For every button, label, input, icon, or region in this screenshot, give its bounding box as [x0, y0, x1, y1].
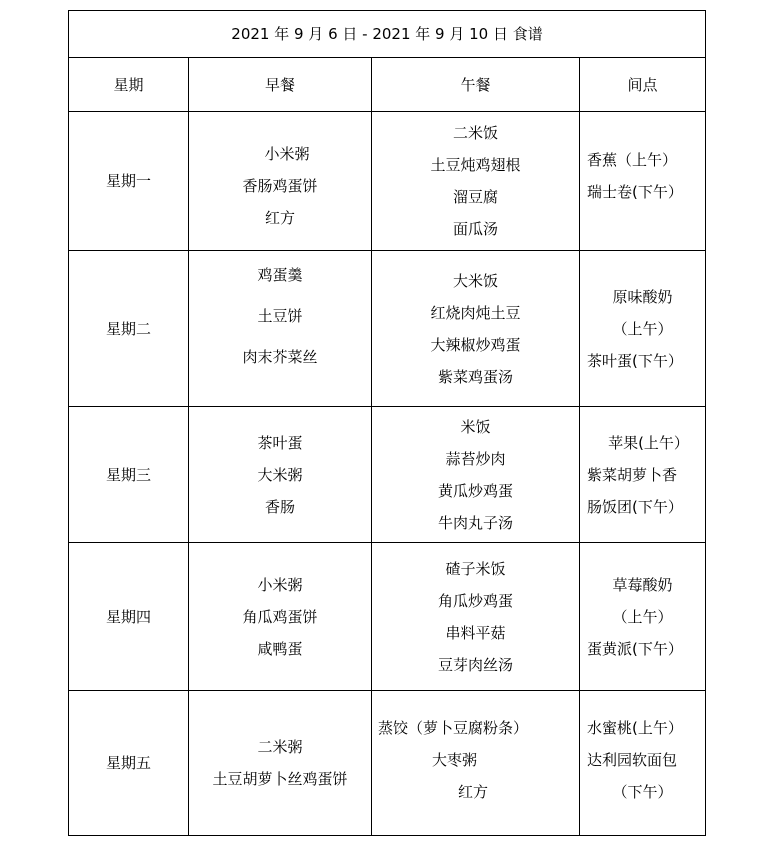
- menu-item: 茶叶蛋: [189, 427, 371, 459]
- menu-item: 牛肉丸子汤: [372, 507, 579, 539]
- header-day: 星期: [69, 58, 189, 112]
- title-row: 2021 年 9 月 6 日 - 2021 年 9 月 10 日 食谱: [69, 11, 706, 58]
- table-row-monday: 星期一 小米粥 香肠鸡蛋饼 红方 二米饭 土豆炖鸡翅根 溜豆腐 面瓜汤 香蕉（上…: [69, 112, 706, 251]
- menu-item: 大枣粥: [372, 744, 579, 776]
- menu-item: 蒜苔炒肉: [372, 443, 579, 475]
- table-row-thursday: 星期四 小米粥 角瓜鸡蛋饼 咸鸭蛋 碴子米饭 角瓜炒鸡蛋 串料平菇 豆芽肉丝汤 …: [69, 543, 706, 691]
- menu-item: 大米饭: [372, 265, 579, 297]
- menu-item: 香肠鸡蛋饼: [189, 170, 371, 202]
- lunch-cell: 二米饭 土豆炖鸡翅根 溜豆腐 面瓜汤: [372, 112, 580, 251]
- snack-cell: 水蜜桃(上午） 达利园软面包 （下午）: [580, 691, 706, 836]
- day-cell: 星期五: [69, 691, 189, 836]
- menu-item: 二米粥: [189, 731, 371, 763]
- day-cell: 星期三: [69, 407, 189, 543]
- day-cell: 星期二: [69, 251, 189, 407]
- table-row-tuesday: 星期二 鸡蛋羹 土豆饼 肉末芥菜丝 大米饭 红烧肉炖土豆 大辣椒炒鸡蛋 紫菜鸡蛋…: [69, 251, 706, 407]
- snack-cell: 香蕉（上午） 瑞士卷(下午）: [580, 112, 706, 251]
- menu-item: 苹果(上午）: [580, 427, 705, 459]
- menu-item: （下午）: [580, 776, 705, 808]
- lunch-cell: 米饭 蒜苔炒肉 黄瓜炒鸡蛋 牛肉丸子汤: [372, 407, 580, 543]
- menu-item: 面瓜汤: [372, 213, 579, 245]
- menu-table: 2021 年 9 月 6 日 - 2021 年 9 月 10 日 食谱 星期 早…: [68, 10, 706, 836]
- menu-item: 豆芽肉丝汤: [372, 649, 579, 681]
- snack-cell: 草莓酸奶 （上午） 蛋黄派(下午）: [580, 543, 706, 691]
- menu-item: 肠饭团(下午）: [580, 491, 705, 523]
- menu-item: 土豆饼: [189, 296, 371, 337]
- menu-item: （上午）: [580, 601, 705, 633]
- breakfast-cell: 鸡蛋羹 土豆饼 肉末芥菜丝: [189, 251, 372, 407]
- menu-item: 蒸饺（萝卜豆腐粉条）: [372, 712, 579, 744]
- menu-item: 小米粥: [189, 138, 371, 170]
- menu-item: 小米粥: [189, 569, 371, 601]
- menu-item: 咸鸭蛋: [189, 633, 371, 665]
- menu-item: 水蜜桃(上午）: [580, 712, 705, 744]
- table-title: 2021 年 9 月 6 日 - 2021 年 9 月 10 日 食谱: [69, 11, 706, 58]
- menu-item: 红方: [189, 202, 371, 234]
- menu-item: 紫菜胡萝卜香: [580, 459, 705, 491]
- day-cell: 星期四: [69, 543, 189, 691]
- menu-item: 蛋黄派(下午）: [580, 633, 705, 665]
- menu-item: 土豆胡萝卜丝鸡蛋饼: [189, 763, 371, 795]
- lunch-cell: 碴子米饭 角瓜炒鸡蛋 串料平菇 豆芽肉丝汤: [372, 543, 580, 691]
- header-lunch: 午餐: [372, 58, 580, 112]
- menu-item: 达利园软面包: [580, 744, 705, 776]
- menu-item: 草莓酸奶: [580, 569, 705, 601]
- menu-item: 角瓜鸡蛋饼: [189, 601, 371, 633]
- menu-item: 大米粥: [189, 459, 371, 491]
- menu-item: 串料平菇: [372, 617, 579, 649]
- menu-item: 溜豆腐: [372, 181, 579, 213]
- header-breakfast: 早餐: [189, 58, 372, 112]
- menu-item: 米饭: [372, 411, 579, 443]
- menu-item: 土豆炖鸡翅根: [372, 149, 579, 181]
- breakfast-cell: 茶叶蛋 大米粥 香肠: [189, 407, 372, 543]
- menu-item: 鸡蛋羹: [189, 255, 371, 296]
- menu-item: 红烧肉炖土豆: [372, 297, 579, 329]
- menu-item: 紫菜鸡蛋汤: [372, 361, 579, 393]
- menu-item: 黄瓜炒鸡蛋: [372, 475, 579, 507]
- snack-cell: 原味酸奶 （上午） 茶叶蛋(下午）: [580, 251, 706, 407]
- menu-item: 二米饭: [372, 117, 579, 149]
- menu-item: 角瓜炒鸡蛋: [372, 585, 579, 617]
- menu-item: 碴子米饭: [372, 553, 579, 585]
- lunch-cell: 蒸饺（萝卜豆腐粉条） 大枣粥 红方: [372, 691, 580, 836]
- menu-item: 原味酸奶: [580, 281, 705, 313]
- table-row-wednesday: 星期三 茶叶蛋 大米粥 香肠 米饭 蒜苔炒肉 黄瓜炒鸡蛋 牛肉丸子汤 苹果(上午…: [69, 407, 706, 543]
- menu-item: 肉末芥菜丝: [189, 337, 371, 378]
- breakfast-cell: 小米粥 角瓜鸡蛋饼 咸鸭蛋: [189, 543, 372, 691]
- menu-item: 茶叶蛋(下午）: [580, 345, 705, 377]
- menu-item: 红方: [372, 776, 579, 808]
- day-cell: 星期一: [69, 112, 189, 251]
- header-row: 星期 早餐 午餐 间点: [69, 58, 706, 112]
- snack-cell: 苹果(上午） 紫菜胡萝卜香 肠饭团(下午）: [580, 407, 706, 543]
- lunch-cell: 大米饭 红烧肉炖土豆 大辣椒炒鸡蛋 紫菜鸡蛋汤: [372, 251, 580, 407]
- menu-item: 香肠: [189, 491, 371, 523]
- table-row-friday: 星期五 二米粥 土豆胡萝卜丝鸡蛋饼 蒸饺（萝卜豆腐粉条） 大枣粥 红方 水蜜桃(…: [69, 691, 706, 836]
- menu-item: 瑞士卷(下午）: [580, 176, 705, 208]
- breakfast-cell: 小米粥 香肠鸡蛋饼 红方: [189, 112, 372, 251]
- header-snack: 间点: [580, 58, 706, 112]
- menu-item: （上午）: [580, 313, 705, 345]
- menu-item: 香蕉（上午）: [580, 144, 705, 176]
- breakfast-cell: 二米粥 土豆胡萝卜丝鸡蛋饼: [189, 691, 372, 836]
- menu-item: 大辣椒炒鸡蛋: [372, 329, 579, 361]
